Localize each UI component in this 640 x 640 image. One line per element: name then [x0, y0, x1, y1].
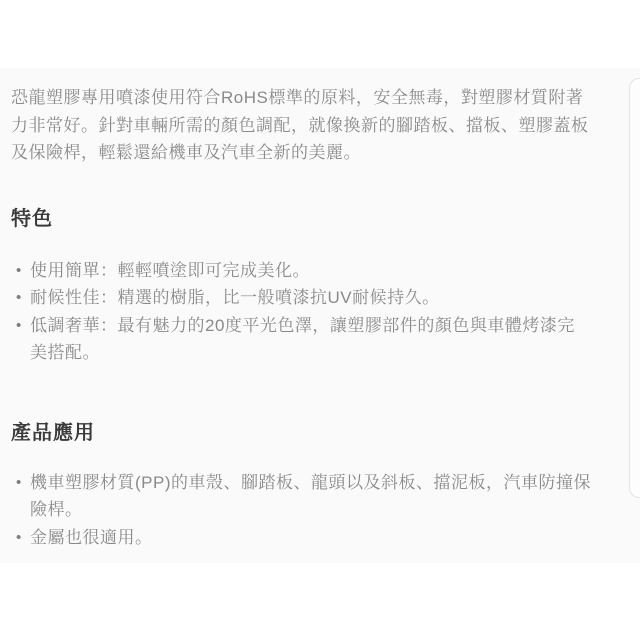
- applications-list: • 機車塑膠材質(PP)的車殼、腳踏板、龍頭以及斜板、擋泥板，汽車防撞保險桿。 …: [11, 469, 592, 552]
- list-item-text: 金屬也很適用。: [30, 524, 592, 552]
- bullet-icon: •: [11, 524, 30, 552]
- bullet-icon: •: [11, 469, 30, 497]
- intro-paragraph: 恐龍塑膠專用噴漆使用符合RoHS標準的原料，安全無毒，對塑膠材質附著力非常好。針…: [11, 84, 592, 167]
- adjacent-card-edge: [629, 78, 640, 498]
- product-description-panel: 恐龍塑膠專用噴漆使用符合RoHS標準的原料，安全無毒，對塑膠材質附著力非常好。針…: [0, 68, 640, 563]
- bullet-icon: •: [11, 312, 30, 340]
- list-item: • 耐候性佳：精選的樹脂，比一般噴漆抗UV耐候持久。: [11, 284, 592, 312]
- bullet-icon: •: [11, 284, 30, 312]
- bullet-icon: •: [11, 257, 30, 285]
- list-item: • 機車塑膠材質(PP)的車殼、腳踏板、龍頭以及斜板、擋泥板，汽車防撞保險桿。: [11, 469, 592, 524]
- list-item: • 使用簡單：輕輕噴塗即可完成美化。: [11, 257, 592, 285]
- section-heading-features: 特色: [11, 207, 592, 231]
- list-item: • 金屬也很適用。: [11, 524, 592, 552]
- list-item-text: 使用簡單：輕輕噴塗即可完成美化。: [30, 257, 592, 285]
- features-list: • 使用簡單：輕輕噴塗即可完成美化。 • 耐候性佳：精選的樹脂，比一般噴漆抗UV…: [11, 257, 592, 367]
- list-item-text: 耐候性佳：精選的樹脂，比一般噴漆抗UV耐候持久。: [30, 284, 592, 312]
- list-item: • 低調奢華：最有魅力的20度平光色澤，讓塑膠部件的顏色與車體烤漆完美搭配。: [11, 312, 592, 367]
- list-item-text: 低調奢華：最有魅力的20度平光色澤，讓塑膠部件的顏色與車體烤漆完美搭配。: [30, 312, 592, 367]
- list-item-text: 機車塑膠材質(PP)的車殼、腳踏板、龍頭以及斜板、擋泥板，汽車防撞保險桿。: [30, 469, 592, 524]
- section-heading-applications: 產品應用: [11, 421, 592, 445]
